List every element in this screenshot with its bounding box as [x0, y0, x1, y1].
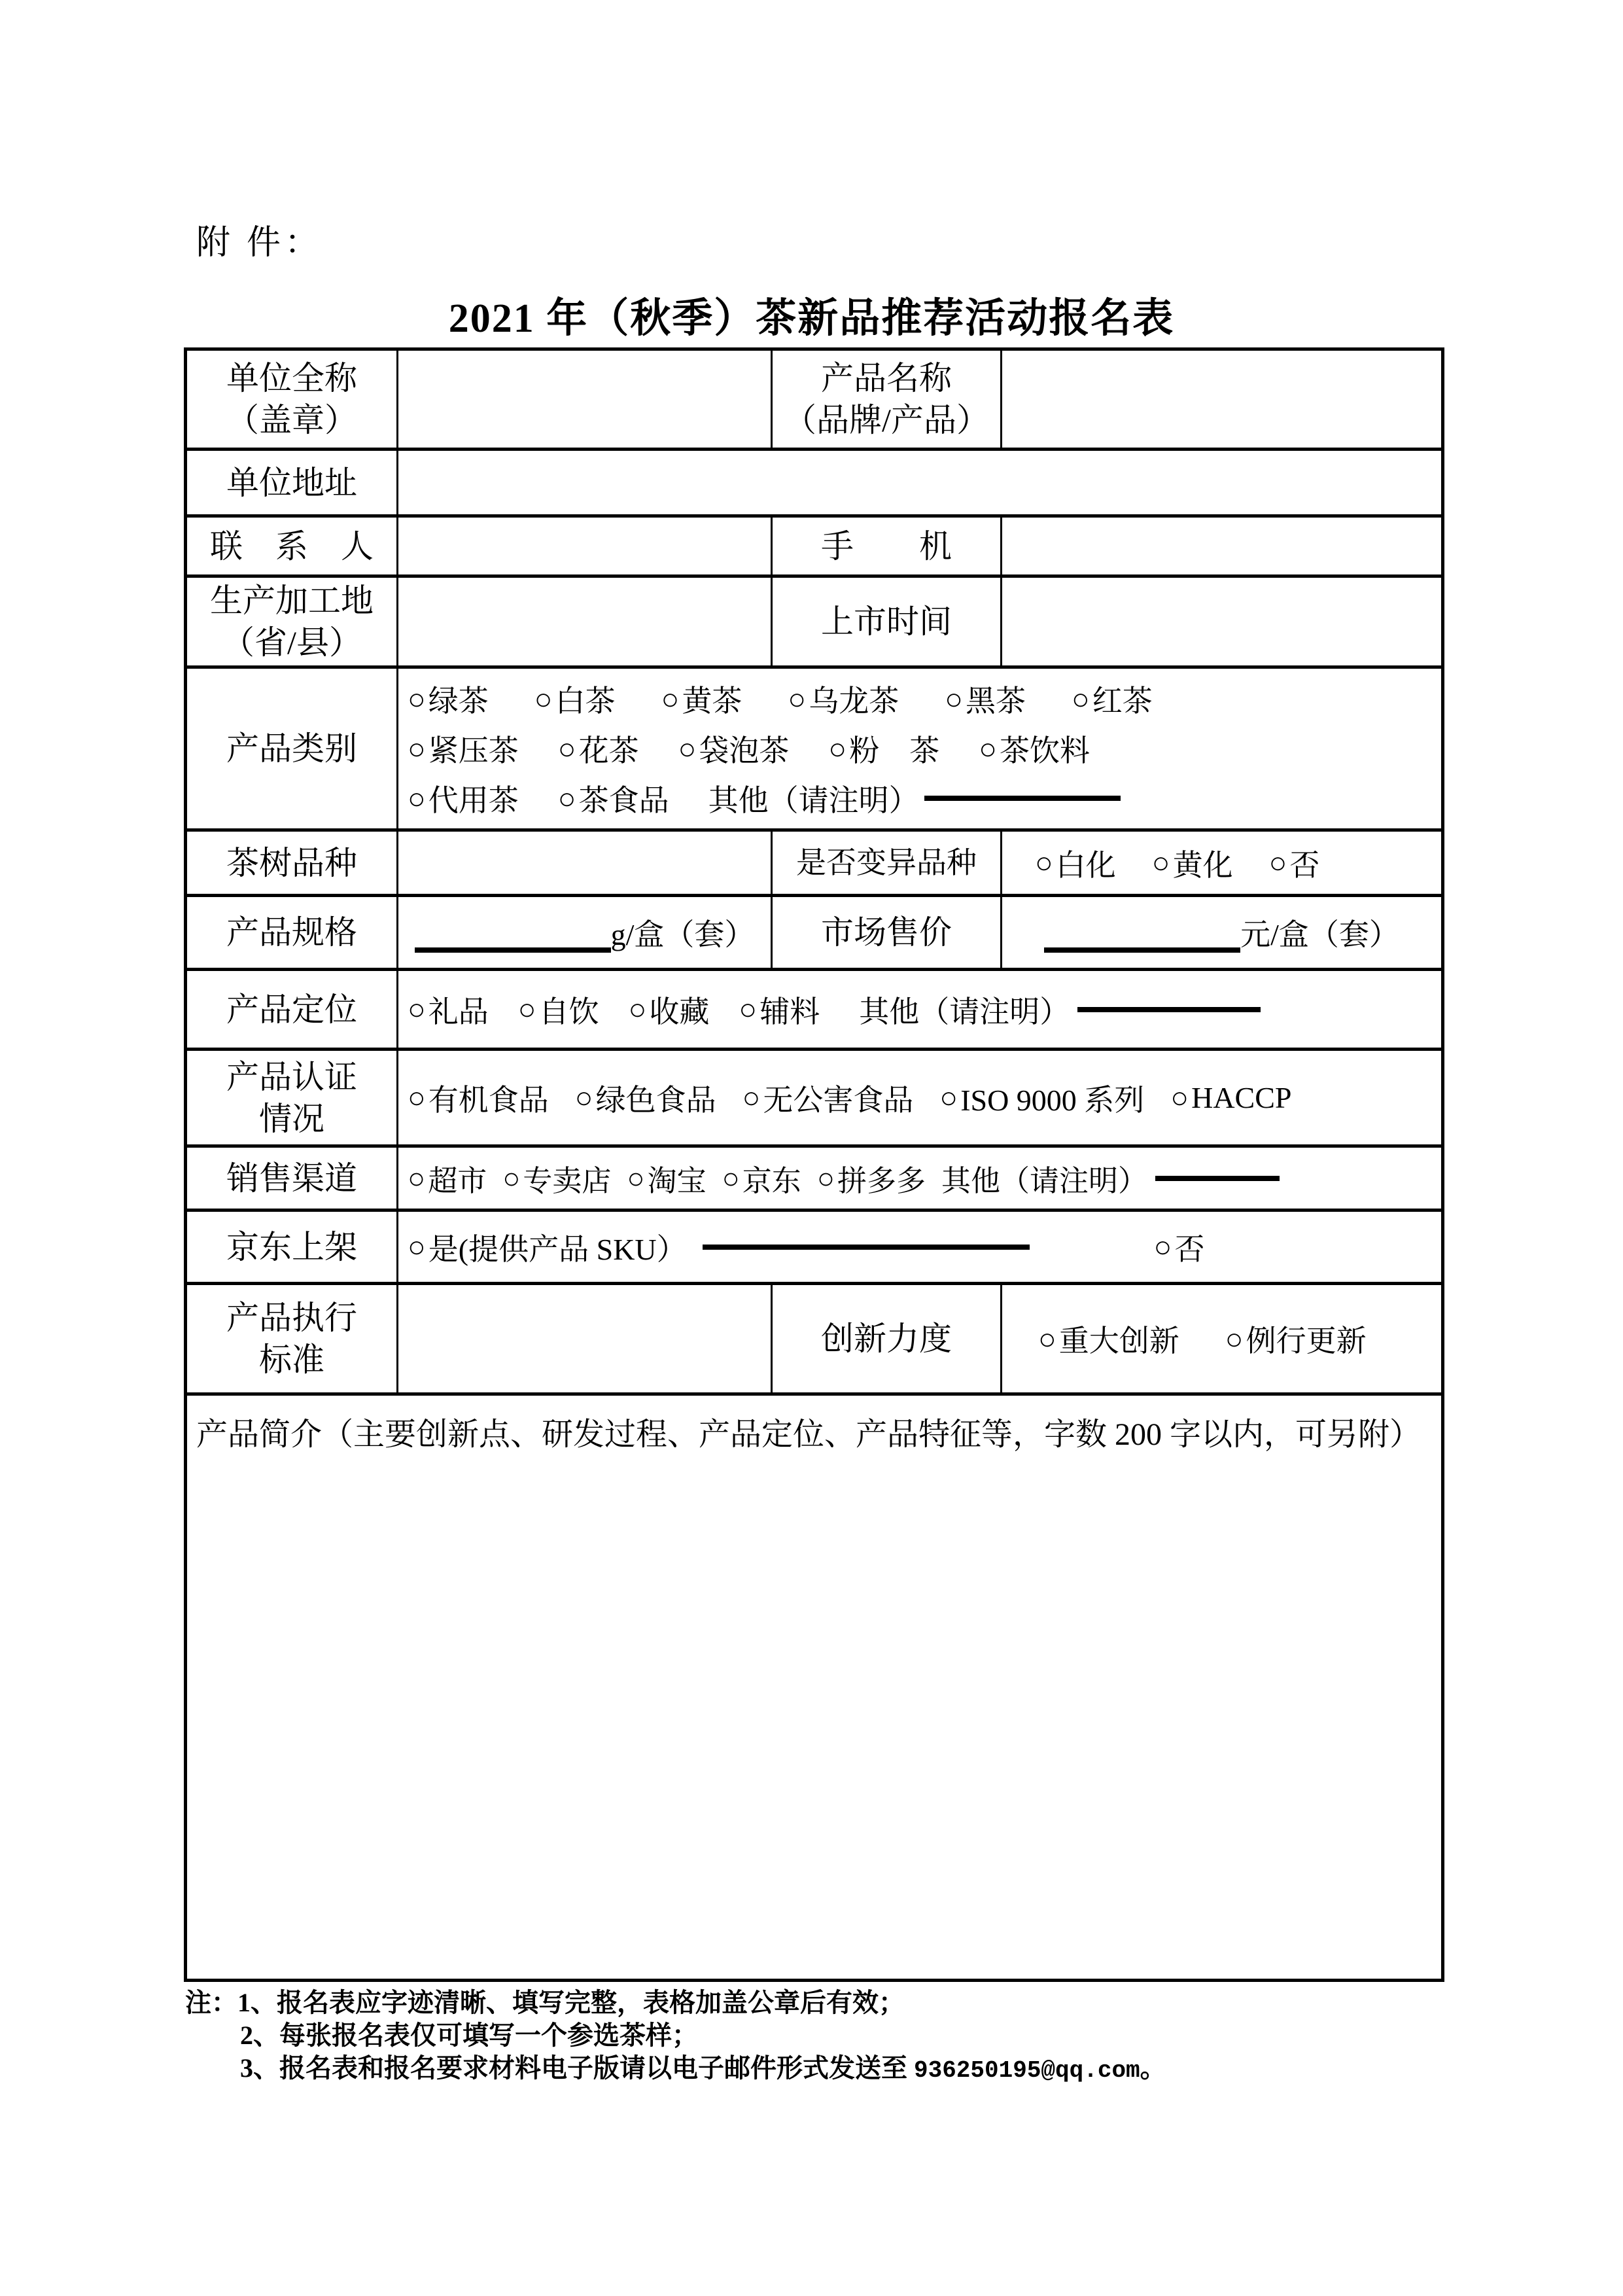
radio-option[interactable]: ○无公害食品	[742, 1076, 914, 1120]
radio-circle-icon: ○	[979, 732, 997, 766]
jd-no-label: 否	[1174, 1226, 1204, 1269]
radio-circle-icon: ○	[1154, 1229, 1172, 1264]
price-unit: 元/盒（套）	[1240, 918, 1399, 951]
radio-circle-icon: ○	[1269, 845, 1287, 880]
category-options-line1: ○绿茶○白茶○黄茶○乌龙茶○黑茶○红茶	[408, 674, 1153, 724]
product-intro-area[interactable]: 产品简介（主要创新点、研发过程、产品定位、产品特征等，字数 200 字以内，可另…	[186, 1394, 1443, 1981]
radio-option-label: 黑茶	[966, 677, 1026, 720]
exec-standard-input[interactable]	[398, 1284, 772, 1394]
spec-blank[interactable]	[415, 947, 611, 953]
product-spec-label: 产品规格	[186, 896, 398, 970]
radio-circle-icon: ○	[408, 1080, 426, 1115]
radio-option-label: 辅料	[759, 988, 820, 1031]
radio-option-label: 收藏	[649, 988, 709, 1031]
radio-option-label: 紧压茶	[428, 727, 519, 770]
radio-circle-icon: ○	[828, 732, 846, 766]
radio-circle-icon: ○	[627, 1161, 644, 1195]
production-place-input[interactable]	[398, 576, 772, 667]
radio-option[interactable]: ○专卖店	[502, 1157, 611, 1199]
radio-option-label: 黄茶	[682, 677, 742, 720]
radio-option[interactable]: ○茶饮料	[979, 727, 1090, 770]
radio-option-label: 京东	[742, 1157, 801, 1199]
radio-option-label: 乌龙茶	[809, 677, 899, 720]
radio-circle-icon: ○	[408, 992, 426, 1027]
row-tea-variety: 茶树品种 是否变异品种 ○白化○黄化○否	[186, 830, 1443, 896]
note-line-1: 注：1、报名表应字迹清晰、填写完整，表格加盖公章后有效；	[185, 1987, 1461, 2019]
row-certification: 产品认证 情况 ○有机食品○绿色食品○无公害食品○ISO 9000 系列○HAC…	[186, 1050, 1443, 1146]
note-line-3: 3、报名表和报名要求材料电子版请以电子邮件形式发送至 936250195@qq.…	[185, 2052, 1461, 2087]
category-options-line2: ○紧压茶○花茶○袋泡茶○粉 茶○茶饮料	[408, 724, 1441, 773]
radio-circle-icon: ○	[817, 1161, 835, 1195]
contact-input[interactable]	[398, 516, 772, 576]
row-unit-address: 单位地址	[186, 450, 1443, 516]
position-other-label: 其他（请注明）	[859, 988, 1070, 1031]
radio-circle-icon: ○	[939, 1080, 958, 1115]
row-product-category: 产品类别 ○绿茶○白茶○黄茶○乌龙茶○黑茶○红茶 ○紧压茶○花茶○袋泡茶○粉 茶…	[186, 667, 1443, 830]
mutation-options: ○白化○黄化○否	[1002, 830, 1443, 896]
exec-standard-label: 产品执行 标准	[186, 1284, 398, 1394]
radio-circle-icon: ○	[1225, 1322, 1244, 1356]
category-other-blank[interactable]	[924, 796, 1121, 801]
note-line-2: 2、每张报名表仅可填写一个参选茶样；	[185, 2019, 1461, 2052]
radio-option[interactable]: ○礼品	[408, 988, 489, 1031]
radio-option[interactable]: ○乌龙茶	[788, 677, 899, 720]
radio-option[interactable]: ○紧压茶	[408, 727, 519, 770]
radio-circle-icon: ○	[788, 682, 806, 716]
radio-option[interactable]: ○代用茶	[408, 777, 519, 820]
footnotes: 注：1、报名表应字迹清晰、填写完整，表格加盖公章后有效； 2、每张报名表仅可填写…	[185, 1987, 1461, 2087]
radio-option[interactable]: ○有机食品	[408, 1076, 549, 1120]
radio-circle-icon: ○	[502, 1161, 520, 1195]
product-category-label: 产品类别	[186, 667, 398, 830]
jd-listing-options: ○ 是(提供产品 SKU） ○ 否	[398, 1210, 1443, 1284]
unit-address-label: 单位地址	[186, 450, 398, 516]
registration-form-table: 单位全称 （盖章） 产品名称 （品牌/产品） 单位地址 联 系 人 手 机 生产…	[184, 347, 1444, 1982]
radio-option[interactable]: ○自饮	[518, 988, 599, 1031]
radio-option-label: 花茶	[579, 727, 639, 770]
unit-name-label: 单位全称 （盖章）	[186, 349, 398, 450]
radio-circle-icon: ○	[408, 682, 426, 716]
radio-circle-icon: ○	[534, 682, 553, 716]
radio-circle-icon: ○	[1038, 1322, 1056, 1356]
product-name-input[interactable]	[1002, 349, 1443, 450]
radio-option-label: 绿茶	[428, 677, 489, 720]
radio-option-label: 黄化	[1173, 841, 1233, 885]
tea-variety-label: 茶树品种	[186, 830, 398, 896]
radio-option[interactable]: ○绿色食品	[575, 1076, 716, 1120]
radio-circle-icon: ○	[408, 1229, 426, 1264]
jd-listing-label: 京东上架	[186, 1210, 398, 1284]
production-place-label: 生产加工地 （省/县）	[186, 576, 398, 667]
radio-option-label: 例行更新	[1246, 1317, 1367, 1360]
position-other-blank[interactable]	[1077, 1007, 1261, 1012]
radio-option-label: 超市	[428, 1157, 487, 1199]
radio-circle-icon: ○	[558, 781, 576, 816]
jd-sku-blank[interactable]	[703, 1245, 1030, 1250]
tea-variety-input[interactable]	[398, 830, 772, 896]
row-product-position: 产品定位 ○礼品○自饮○收藏○辅料 其他（请注明）	[186, 970, 1443, 1050]
radio-option-label: 自饮	[539, 988, 599, 1031]
radio-option-label: 礼品	[428, 988, 489, 1031]
attachment-label: 附 件：	[196, 215, 323, 264]
launch-date-label: 上市时间	[772, 576, 1002, 667]
sales-channel-options: ○超市○专卖店○淘宝○京东○拼多多 其他（请注明）	[398, 1146, 1443, 1210]
radio-option[interactable]: ○拼多多	[817, 1157, 926, 1199]
mobile-input[interactable]	[1002, 516, 1443, 576]
spec-unit: g/盒（套）	[611, 918, 755, 951]
price-blank[interactable]	[1044, 947, 1240, 953]
radio-option[interactable]: ○收藏	[629, 988, 710, 1031]
market-price-input: 元/盒（套）	[1002, 896, 1443, 970]
radio-circle-icon: ○	[408, 732, 426, 766]
page: { "radio_glyph": "○", "page": { "attachm…	[0, 0, 1623, 2296]
radio-option-label: 代用茶	[428, 777, 519, 820]
mobile-label: 手 机	[772, 516, 1002, 576]
unit-address-input[interactable]	[398, 450, 1443, 516]
radio-circle-icon: ○	[408, 1161, 425, 1195]
radio-option[interactable]: ○ISO 9000 系列	[939, 1076, 1144, 1120]
radio-circle-icon: ○	[739, 992, 757, 1027]
radio-option[interactable]: ○红茶	[1072, 677, 1153, 720]
radio-circle-icon: ○	[1170, 1080, 1189, 1115]
radio-option[interactable]: ○辅料	[739, 988, 820, 1031]
radio-option[interactable]: ○黑茶	[945, 677, 1026, 720]
radio-option[interactable]: ○重大创新	[1038, 1317, 1179, 1360]
radio-option[interactable]: ○淘宝	[627, 1157, 706, 1199]
radio-option-label: 白化	[1056, 841, 1116, 885]
radio-option[interactable]: ○黄化	[1152, 841, 1233, 885]
radio-option-label: 专卖店	[523, 1157, 611, 1199]
contact-label: 联 系 人	[186, 516, 398, 576]
row-product-intro: 产品简介（主要创新点、研发过程、产品定位、产品特征等，字数 200 字以内，可另…	[186, 1394, 1443, 1981]
radio-option-label: HACCP	[1191, 1080, 1291, 1115]
radio-option[interactable]: ○ 是(提供产品 SKU）	[408, 1226, 687, 1269]
channel-other-blank[interactable]	[1155, 1176, 1280, 1181]
radio-option[interactable]: ○超市	[408, 1157, 487, 1199]
radio-option-label: 茶食品	[579, 777, 669, 820]
radio-circle-icon: ○	[1152, 845, 1170, 880]
jd-yes-label: 是(提供产品 SKU）	[428, 1226, 687, 1269]
row-place-launch: 生产加工地 （省/县） 上市时间	[186, 576, 1443, 667]
radio-option[interactable]: ○否	[1269, 841, 1320, 885]
certification-options: ○有机食品○绿色食品○无公害食品○ISO 9000 系列○HACCP	[398, 1050, 1443, 1146]
radio-circle-icon: ○	[1072, 682, 1090, 716]
row-jd-listing: 京东上架 ○ 是(提供产品 SKU） ○ 否	[186, 1210, 1443, 1284]
radio-option-label: 白茶	[555, 677, 616, 720]
radio-circle-icon: ○	[678, 732, 697, 766]
radio-circle-icon: ○	[518, 992, 536, 1027]
radio-option-label: 重大创新	[1059, 1317, 1179, 1360]
radio-option[interactable]: ○花茶	[558, 727, 639, 770]
radio-option-label: 绿色食品	[596, 1076, 716, 1120]
market-price-label: 市场售价	[772, 896, 1002, 970]
radio-circle-icon: ○	[558, 732, 576, 766]
row-contact-mobile: 联 系 人 手 机	[186, 516, 1443, 576]
channel-other-label: 其他（请注明）	[941, 1157, 1147, 1199]
radio-option[interactable]: ○粉 茶	[828, 727, 939, 770]
row-unit-product-name: 单位全称 （盖章） 产品名称 （品牌/产品）	[186, 349, 1443, 450]
product-position-label: 产品定位	[186, 970, 398, 1050]
page-title: 2021 年（秋季）茶新品推荐活动报名表	[0, 285, 1623, 344]
radio-option[interactable]: ○绿茶	[408, 677, 489, 720]
product-category-options: ○绿茶○白茶○黄茶○乌龙茶○黑茶○红茶 ○紧压茶○花茶○袋泡茶○粉 茶○茶饮料 …	[398, 667, 1443, 830]
radio-option[interactable]: ○茶食品	[558, 777, 669, 820]
unit-name-input[interactable]	[398, 349, 772, 450]
mutation-label: 是否变异品种	[772, 830, 1002, 896]
radio-circle-icon: ○	[629, 992, 647, 1027]
radio-option[interactable]: ○白茶	[534, 677, 616, 720]
product-spec-input: g/盒（套）	[398, 896, 772, 970]
category-options-line3: ○代用茶○茶食品 其他（请注明）	[408, 773, 1441, 823]
product-position-options: ○礼品○自饮○收藏○辅料 其他（请注明）	[398, 970, 1443, 1050]
radio-option-label: 红茶	[1092, 677, 1153, 720]
radio-option-label: 拼多多	[837, 1157, 926, 1199]
radio-option[interactable]: ○ 否	[1154, 1226, 1205, 1269]
radio-circle-icon: ○	[661, 682, 680, 716]
radio-option-label: 有机食品	[428, 1076, 549, 1120]
innovation-options: ○重大创新○例行更新	[1002, 1284, 1443, 1394]
radio-option[interactable]: ○袋泡茶	[678, 727, 790, 770]
radio-circle-icon: ○	[1035, 845, 1053, 880]
radio-option-label: 茶饮料	[1000, 727, 1090, 770]
radio-option[interactable]: ○京东	[722, 1157, 801, 1199]
radio-circle-icon: ○	[742, 1080, 761, 1115]
radio-circle-icon: ○	[575, 1080, 593, 1115]
radio-option-label: ISO 9000 系列	[960, 1076, 1144, 1120]
innovation-label: 创新力度	[772, 1284, 1002, 1394]
product-name-label: 产品名称 （品牌/产品）	[772, 349, 1002, 450]
radio-option-label: 淘宝	[648, 1157, 707, 1199]
radio-circle-icon: ○	[722, 1161, 740, 1195]
radio-option[interactable]: ○HACCP	[1170, 1080, 1291, 1115]
radio-circle-icon: ○	[408, 781, 426, 816]
radio-circle-icon: ○	[945, 682, 963, 716]
radio-option-label: 无公害食品	[763, 1076, 913, 1120]
radio-option[interactable]: ○黄茶	[661, 677, 742, 720]
row-spec-price: 产品规格 g/盒（套） 市场售价 元/盒（套）	[186, 896, 1443, 970]
radio-option-label: 粉 茶	[849, 727, 939, 770]
category-other-label: 其他（请注明）	[708, 777, 919, 820]
row-sales-channel: 销售渠道 ○超市○专卖店○淘宝○京东○拼多多 其他（请注明）	[186, 1146, 1443, 1210]
radio-option-label: 袋泡茶	[699, 727, 789, 770]
product-intro-label: 产品简介（主要创新点、研发过程、产品定位、产品特征等，字数 200 字以内，可另…	[196, 1409, 1432, 1454]
launch-date-input[interactable]	[1002, 576, 1443, 667]
radio-option-label: 否	[1289, 841, 1319, 885]
sales-channel-label: 销售渠道	[186, 1146, 398, 1210]
radio-option[interactable]: ○白化	[1035, 841, 1116, 885]
contact-email: 936250195@qq.com	[914, 2057, 1140, 2084]
certification-label: 产品认证 情况	[186, 1050, 398, 1146]
radio-option[interactable]: ○例行更新	[1225, 1317, 1367, 1360]
row-exec-standard: 产品执行 标准 创新力度 ○重大创新○例行更新	[186, 1284, 1443, 1394]
